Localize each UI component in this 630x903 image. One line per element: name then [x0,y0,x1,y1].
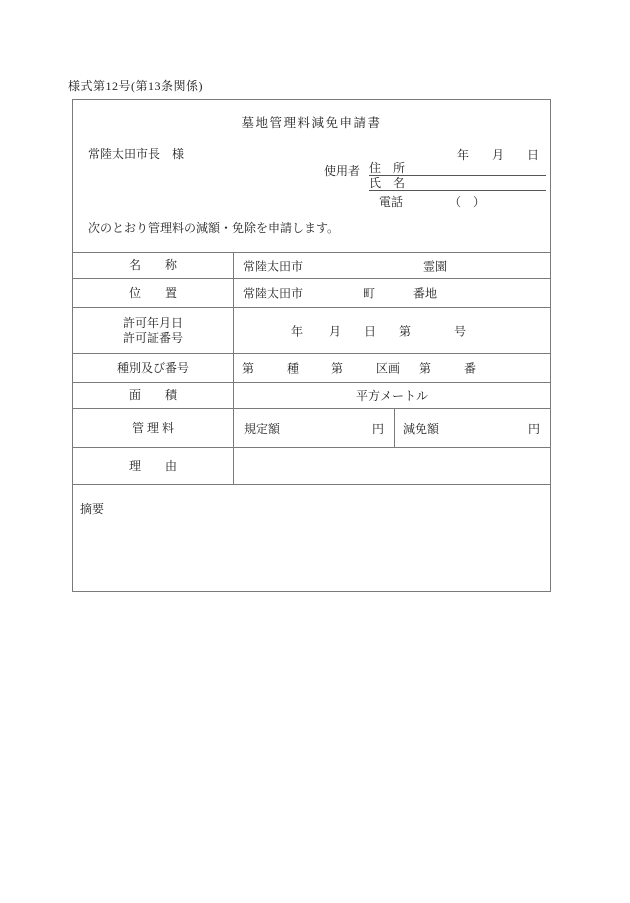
row-management-fee-value: 規定額 円 減免額 円 [234,409,550,447]
type-p3-label: 第 [331,360,343,377]
permit-day-label: 日 [364,322,376,339]
name-city-text: 常陸太田市 [243,257,303,274]
fee-standard-cell: 規定額 円 [234,409,395,447]
permit-month-label: 月 [329,322,341,339]
permit-number-label: 許可証番号 [123,331,183,346]
row-type-number: 種別及び番号 第 種 第 区画 第 番 [73,353,550,382]
address-blank-field: 住 所 [369,162,546,176]
fee-standard-unit: 円 [372,420,384,437]
name-field-label: 氏 名 [369,176,405,190]
date-year-label: 年 [457,148,469,162]
fee-standard-label: 規定額 [244,420,280,437]
form-title: 墓地管理料減免申請書 [73,113,550,131]
row-location: 位 置 常陸太田市 町 番地 [73,278,550,307]
row-type-number-label: 種別及び番号 [73,354,234,382]
row-area-label: 面 積 [73,383,234,408]
permit-date-label: 許可年月日 [123,316,183,331]
row-location-label: 位 置 [73,279,234,307]
row-reason-value [234,448,550,484]
remarks-section: 摘要 [73,484,550,591]
row-area: 面 積 平方メートル [73,382,550,408]
phone-field-label: 電話 [379,193,403,210]
type-p5-label: 第 [419,360,431,377]
type-p6-label: 番 [464,360,476,377]
row-name-value: 常陸太田市 霊園 [234,253,550,278]
fee-reduced-cell: 減免額 円 [395,409,550,447]
form-style-number: 様式第12号(第13条関係) [68,77,203,94]
page: { "meta": { "page_bg": "#ffffff", "borde… [0,0,630,903]
row-location-value: 常陸太田市 町 番地 [234,279,550,307]
application-form: 墓地管理料減免申請書 年月日 常陸太田市長 様 使用者 住 所 氏 名 電話 （… [72,99,551,592]
row-management-fee-label: 管 理 料 [73,409,234,447]
fee-reduced-label: 減免額 [403,420,439,437]
address-field-label: 住 所 [369,161,405,175]
row-reason: 理 由 [73,447,550,484]
applicant-user-label: 使用者 [324,162,360,179]
row-type-number-value: 第 種 第 区画 第 番 [234,354,550,382]
permit-no-suffix-label: 号 [454,322,466,339]
permit-no-prefix-label: 第 [399,322,411,339]
name-blank-field: 氏 名 [369,177,546,191]
form-table: 名 称 常陸太田市 霊園 位 置 常陸太田市 町 番地 許可年月日 許可証番号 … [73,252,550,591]
row-name: 名 称 常陸太田市 霊園 [73,252,550,278]
remarks-label: 摘要 [80,502,104,516]
type-p4-label: 区画 [376,360,400,377]
fee-reduced-unit: 円 [528,420,540,437]
permit-year-label: 年 [291,322,303,339]
row-permit-value: 年 月 日 第 号 [234,308,550,353]
location-town-text: 町 [363,285,375,302]
row-management-fee: 管 理 料 規定額 円 減免額 円 [73,408,550,447]
location-lot-text: 番地 [413,285,437,302]
addressee: 常陸太田市長 様 [88,145,184,162]
date-month-label: 月 [492,148,504,162]
phone-parentheses: （ ） [449,193,485,210]
row-permit: 許可年月日 許可証番号 年 月 日 第 号 [73,307,550,353]
area-unit-label: 平方メートル [356,387,428,404]
name-suffix-text: 霊園 [423,257,447,274]
date-day-label: 日 [527,148,539,162]
location-city-text: 常陸太田市 [243,285,303,302]
declaration-sentence: 次のとおり管理料の減額・免除を申請します。 [88,219,339,236]
row-permit-label: 許可年月日 許可証番号 [73,308,234,353]
row-reason-label: 理 由 [73,448,234,484]
type-p2-label: 種 [287,360,299,377]
row-area-value: 平方メートル [234,383,550,408]
type-p1-label: 第 [242,360,254,377]
row-name-label: 名 称 [73,253,234,278]
